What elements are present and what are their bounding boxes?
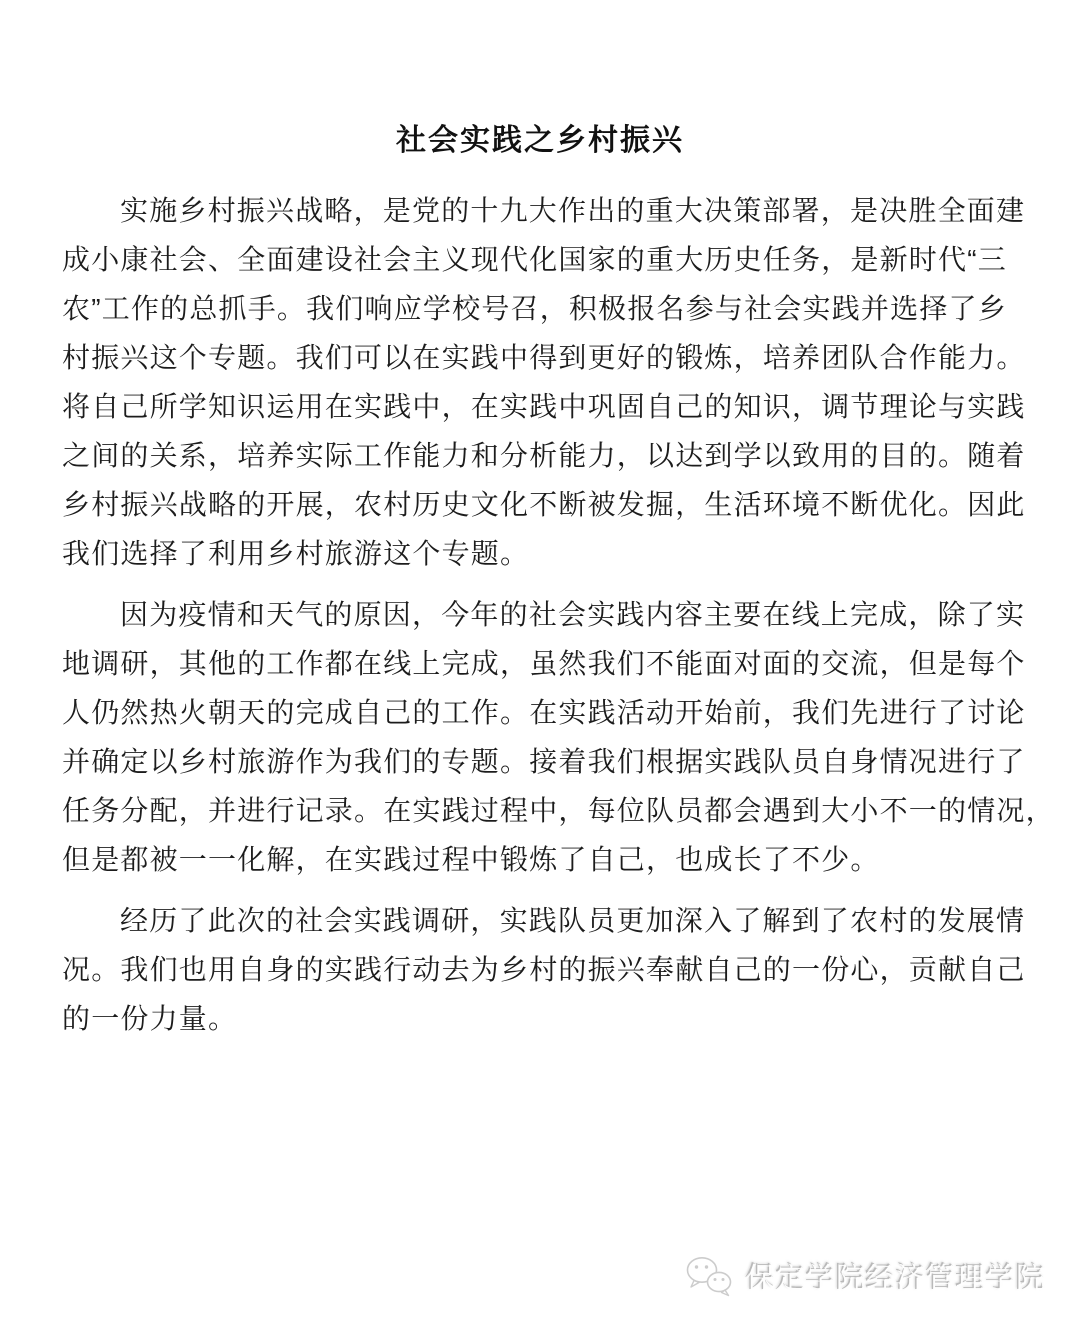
text-line: 人仍然热火朝天的完成自己的工作。在实践活动开始前，我们先进行了讨论 bbox=[62, 688, 1020, 737]
document-title: 社会实践之乡村振兴 bbox=[0, 118, 1080, 164]
text-line: 但是都被一一化解，在实践过程中锻炼了自己，也成长了不少。 bbox=[62, 835, 1020, 884]
text-line: 乡村振兴战略的开展，农村历史文化不断被发掘，生活环境不断优化。因此 bbox=[62, 480, 1020, 529]
text-line: 村振兴这个专题。我们可以在实践中得到更好的锻炼，培养团队合作能力。 bbox=[62, 333, 1020, 382]
paragraph-3: 经历了此次的社会实践调研，实践队员更加深入了解到了农村的发展情 况。我们也用自身… bbox=[62, 896, 1020, 1043]
watermark: 保定学院经济管理学院 bbox=[684, 1254, 1046, 1298]
text-line: 成小康社会、全面建设社会主义现代化国家的重大历史任务，是新时代“三 bbox=[62, 235, 1020, 284]
paragraph-2: 因为疫情和天气的原因，今年的社会实践内容主要在线上完成，除了实 地调研，其他的工… bbox=[62, 590, 1020, 884]
text-line: 况。我们也用自身的实践行动去为乡村的振兴奉献自己的一份心，贡献自己 bbox=[62, 945, 1020, 994]
text-line: 实施乡村振兴战略，是党的十九大作出的重大决策部署，是决胜全面建 bbox=[62, 186, 1020, 235]
text-line: 的一份力量。 bbox=[62, 994, 1020, 1043]
text-line: 之间的关系，培养实际工作能力和分析能力，以达到学以致用的目的。随着 bbox=[62, 431, 1020, 480]
wechat-icon bbox=[684, 1254, 736, 1298]
text-line: 经历了此次的社会实践调研，实践队员更加深入了解到了农村的发展情 bbox=[62, 896, 1020, 945]
text-line: 地调研，其他的工作都在线上完成，虽然我们不能面对面的交流，但是每个 bbox=[62, 639, 1020, 688]
text-line: 我们选择了利用乡村旅游这个专题。 bbox=[62, 529, 1020, 578]
text-line: 任务分配，并进行记录。在实践过程中，每位队员都会遇到大小不一的情况， bbox=[62, 786, 1020, 835]
watermark-label: 保定学院经济管理学院 bbox=[746, 1256, 1046, 1297]
document-page: { "page": { "background_color": "#ffffff… bbox=[0, 0, 1080, 1328]
document-body: 实施乡村振兴战略，是党的十九大作出的重大决策部署，是决胜全面建 成小康社会、全面… bbox=[62, 186, 1020, 1043]
text-line: 并确定以乡村旅游作为我们的专题。接着我们根据实践队员自身情况进行了 bbox=[62, 737, 1020, 786]
text-line: 因为疫情和天气的原因，今年的社会实践内容主要在线上完成，除了实 bbox=[62, 590, 1020, 639]
paragraph-1: 实施乡村振兴战略，是党的十九大作出的重大决策部署，是决胜全面建 成小康社会、全面… bbox=[62, 186, 1020, 578]
text-line: 将自己所学知识运用在实践中，在实践中巩固自己的知识，调节理论与实践 bbox=[62, 382, 1020, 431]
text-line: 农”工作的总抓手。我们响应学校号召，积极报名参与社会实践并选择了乡 bbox=[62, 284, 1020, 333]
